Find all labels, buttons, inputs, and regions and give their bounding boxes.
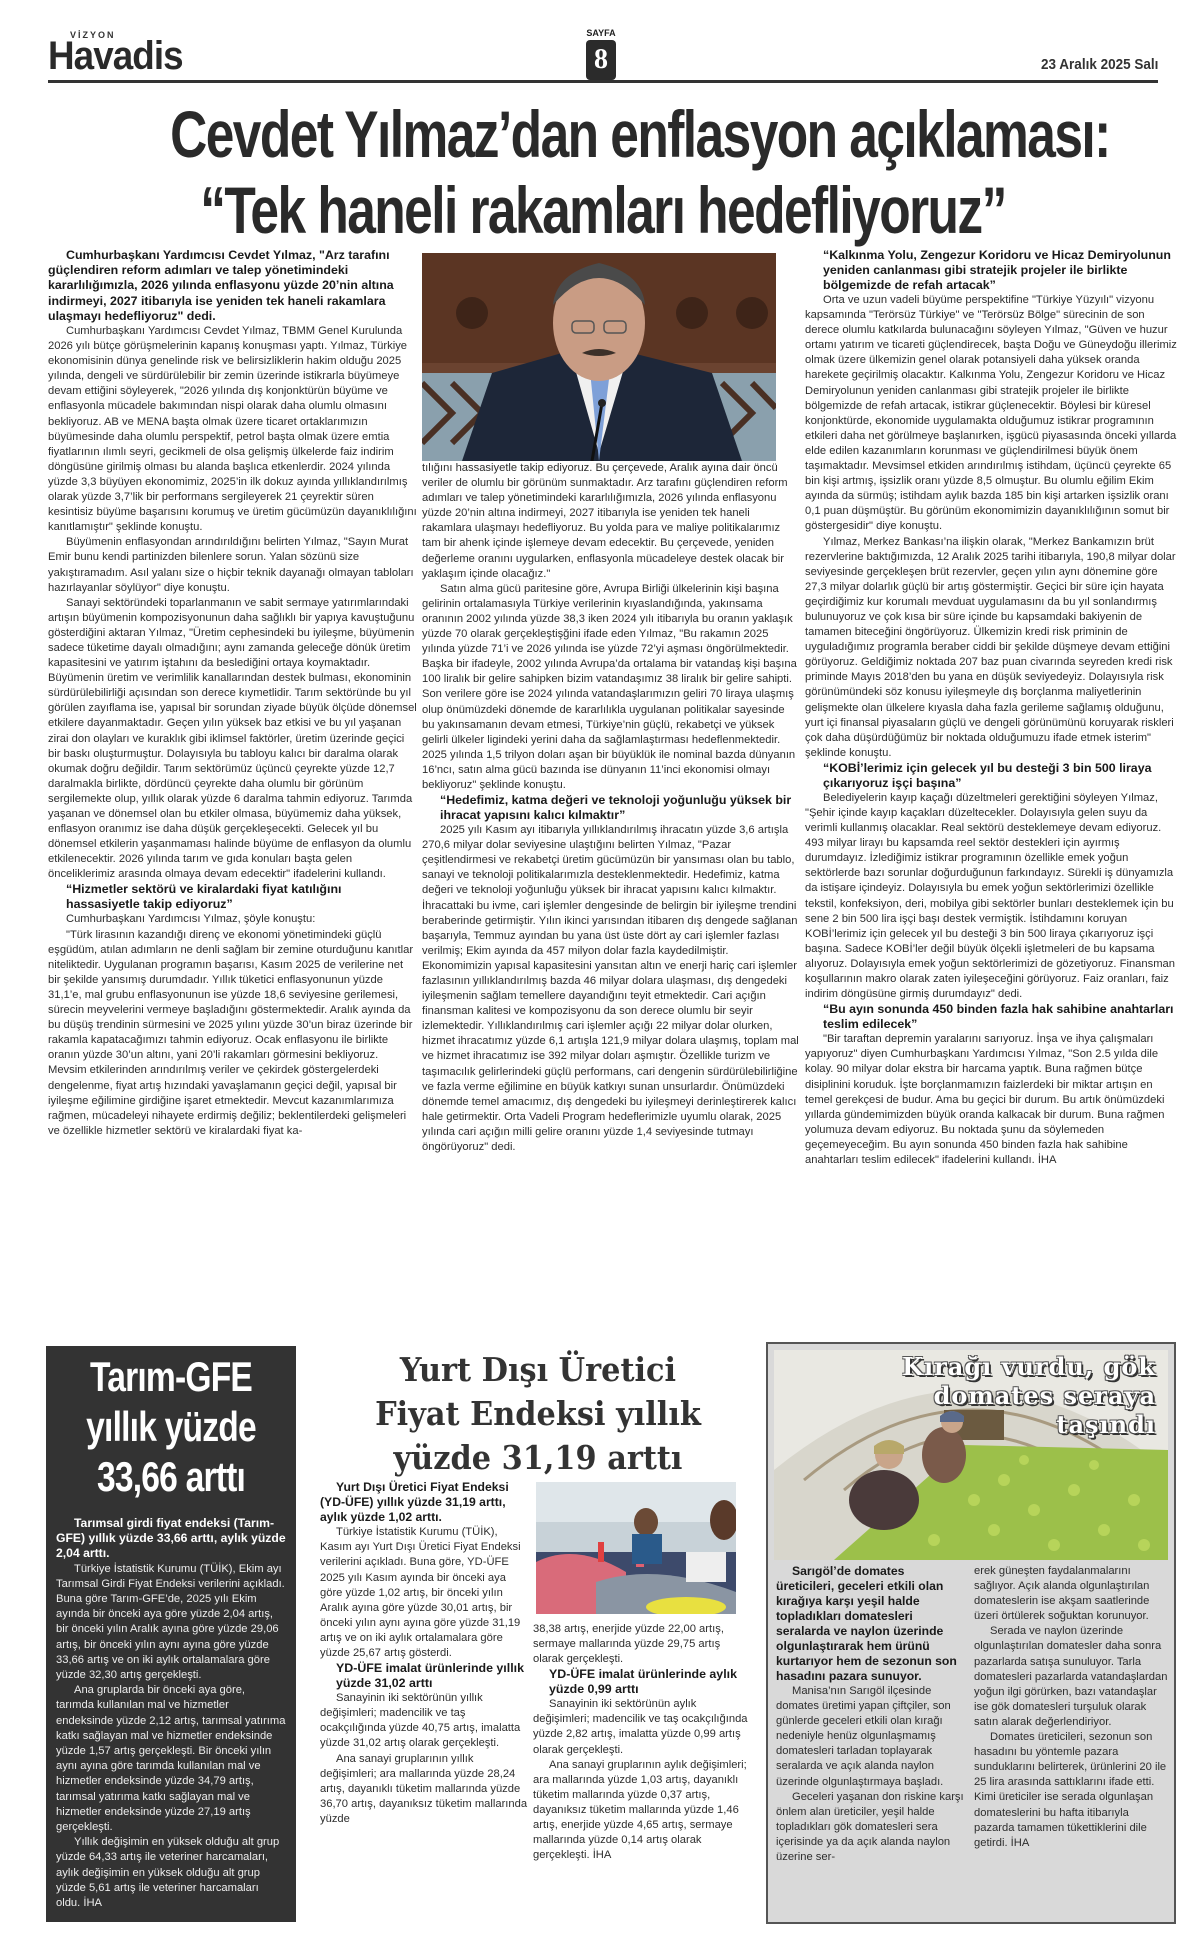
issue-date: 23 Aralık 2025 Salı — [1041, 56, 1158, 73]
headline-line-1: Cevdet Yılmaz’dan enflasyon açıklaması: — [170, 96, 1036, 172]
page-indicator: SAYFA 8 — [581, 28, 621, 80]
photo-cevdet-yilmaz — [422, 253, 776, 461]
ufe-article-column-1: Yurt Dışı Üretici Fiyat Endeksi (YD-ÜFE)… — [320, 1480, 528, 1827]
ufe-headline-line-3: yüzde 31,19 arttı — [336, 1436, 741, 1480]
subheading: YD-ÜFE imalat ürünlerinde yıllık yüzde 3… — [320, 1661, 528, 1691]
gfe-headline: Tarım-GFE yıllık yüzde 33,66 arttı — [56, 1352, 286, 1502]
main-article-column-1: Cumhurbaşkanı Yardımcısı Cevdet Yılmaz, … — [48, 248, 418, 1139]
paragraph: Ana sanayi gruplarının aylık değişimleri… — [533, 1758, 753, 1864]
portrait-image-icon — [422, 253, 776, 461]
paragraph: Sanayinin iki sektörünün yıllık değişiml… — [320, 1691, 528, 1751]
main-article-column-2: tılığını hassasiyetle takip ediyoruz. Bu… — [422, 461, 800, 1155]
gfe-headline-line-3: 33,66 arttı — [79, 1452, 263, 1502]
paragraph: Türkiye İstatistik Kurumu (TÜİK), Ekim a… — [56, 1562, 286, 1684]
ufe-article-column-2: 38,38 artış, enerjide yüzde 22,00 artış,… — [533, 1622, 753, 1863]
paragraph: Ana gruplarda bir önceki aya göre, tarım… — [56, 1683, 286, 1835]
subheading: “Hizmetler sektörü ve kiralardaki fiyat … — [48, 882, 418, 912]
photo-greenhouse-tomatoes: Kırağı vurdu, gök domates seraya taşındı — [774, 1350, 1168, 1560]
ufe-headline: Yurt Dışı Üretici Fiyat Endeksi yıllık y… — [318, 1348, 758, 1480]
masthead-divider — [48, 80, 1158, 83]
gfe-headline-line-1: Tarım-GFE — [79, 1352, 263, 1402]
subheading: “Hedefimiz, katma değeri ve teknoloji yo… — [422, 793, 800, 823]
textile-image-icon — [536, 1482, 736, 1614]
paragraph: Manisa’nın Sarıgöl ilçesinde domates üre… — [776, 1684, 964, 1790]
main-article-column-3: “Kalkınma Yolu, Zengezur Koridoru ve Hic… — [805, 248, 1177, 1168]
photo-textile-workshop — [536, 1482, 736, 1614]
domates-article: Kırağı vurdu, gök domates seraya taşındı… — [766, 1342, 1176, 1924]
domates-headline-line-2: domates seraya — [902, 1381, 1156, 1410]
page-number: 8 — [586, 40, 616, 80]
paragraph: Büyümenin enflasyondan arındırıldığını b… — [48, 535, 418, 595]
paragraph: 2025 yılı Kasım ayı itibarıyla yıllıklan… — [422, 823, 800, 1155]
gfe-body: Tarımsal girdi fiyat endeksi (Tarım-GFE)… — [56, 1516, 286, 1911]
subheading: “Kalkınma Yolu, Zengezur Koridoru ve Hic… — [805, 248, 1177, 293]
gfe-headline-line-2: yıllık yüzde — [79, 1402, 263, 1452]
paragraph: Satın alma gücü paritesine göre, Avrupa … — [422, 582, 800, 793]
article-lead: Sarıgöl’de domates üreticileri, geceleri… — [776, 1564, 964, 1684]
paragraph: Sanayi sektöründeki toparlanmanın ve sab… — [48, 596, 418, 883]
paragraph: Yıllık değişimin en yüksek olduğu alt gr… — [56, 1835, 286, 1911]
page-label: SAYFA — [581, 28, 621, 38]
article-lead: Tarımsal girdi fiyat endeksi (Tarım-GFE)… — [56, 1516, 286, 1562]
masthead: VİZYON Havadis SAYFA 8 23 Aralık 2025 Sa… — [48, 28, 1158, 80]
ufe-headline-line-1: Yurt Dışı Üretici — [336, 1348, 741, 1392]
paragraph: Cumhurbaşkanı Yardımcısı Cevdet Yılmaz, … — [48, 324, 418, 535]
domates-article-column-1: Sarıgöl’de domates üreticileri, geceleri… — [776, 1564, 964, 1865]
paragraph: Türkiye İstatistik Kurumu (TÜİK), Kasım … — [320, 1525, 528, 1661]
paragraph: Geceleri yaşanan don riskine karşı önlem… — [776, 1790, 964, 1865]
main-headline: Cevdet Yılmaz’dan enflasyon açıklaması: … — [48, 96, 1158, 248]
domates-article-column-2: erek güneşten faydalanmalarını sağlıyor.… — [974, 1564, 1170, 1851]
paragraph: "Türk lirasının kazandığı direnç ve ekon… — [48, 928, 418, 1139]
headline-line-2: “Tek haneli rakamları hedefliyoruz” — [170, 172, 1036, 248]
paragraph-continued: erek güneşten faydalanmalarını sağlıyor.… — [974, 1564, 1170, 1624]
paragraph: Sanayinin iki sektörünün aylık değişimle… — [533, 1697, 753, 1757]
paragraph: Cumhurbaşkanı Yardımcısı Yılmaz, şöyle k… — [48, 912, 418, 927]
tarim-gfe-article: Tarım-GFE yıllık yüzde 33,66 arttı Tarım… — [46, 1346, 296, 1922]
paragraph-continued: tılığını hassasiyetle takip ediyoruz. Bu… — [422, 461, 800, 582]
domates-headline: Kırağı vurdu, gök domates seraya taşındı — [902, 1352, 1156, 1439]
article-lead: Yurt Dışı Üretici Fiyat Endeksi (YD-ÜFE)… — [320, 1480, 528, 1525]
paragraph: Belediyelerin kayıp kaçağı düzeltmeleri … — [805, 791, 1177, 1002]
ufe-headline-line-2: Fiyat Endeksi yıllık — [336, 1392, 741, 1436]
paragraph: "Bir taraftan depremin yaralarını sarıyo… — [805, 1032, 1177, 1168]
paragraph: Ana sanayi gruplarının yıllık değişimler… — [320, 1752, 528, 1827]
paragraph: Domates üreticileri, sezonun son hasadın… — [974, 1730, 1170, 1851]
subheading: YD-ÜFE imalat ürünlerinde aylık yüzde 0,… — [533, 1667, 753, 1697]
paragraph: Orta ve uzun vadeli büyüme perspektifine… — [805, 293, 1177, 535]
paragraph: Serada ve naylon üzerinde olgunlaştırıla… — [974, 1624, 1170, 1730]
paragraph: Yılmaz, Merkez Bankası’na ilişkin olarak… — [805, 535, 1177, 761]
domates-headline-line-3: taşındı — [902, 1410, 1156, 1439]
subheading: “KOBİ’lerimiz için gelecek yıl bu desteğ… — [805, 761, 1177, 791]
subheading: “Bu ayın sonunda 450 binden fazla hak sa… — [805, 1002, 1177, 1032]
domates-headline-line-1: Kırağı vurdu, gök — [902, 1352, 1156, 1381]
logo-title: Havadis — [48, 36, 183, 76]
paragraph-continued: 38,38 artış, enerjide yüzde 22,00 artış,… — [533, 1622, 753, 1667]
article-lead: Cumhurbaşkanı Yardımcısı Cevdet Yılmaz, … — [48, 248, 418, 324]
